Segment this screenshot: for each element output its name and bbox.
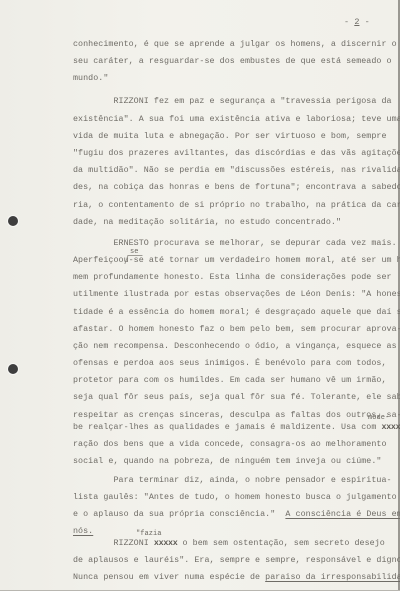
punch-hole-icon: [8, 216, 18, 226]
text-line: seja qual fôr seus país, seja qual fôr s…: [73, 392, 400, 402]
text-segment: o bem sem ostentação, sem secreto desejo: [177, 538, 384, 548]
struck-out-text: xxxxx: [154, 538, 178, 548]
text-line: afastar. O homem honesto faz o bem pelo …: [73, 324, 400, 334]
text-line: mem profundamente honesto. Esta linha de…: [73, 272, 392, 282]
text-line: social e, quando na pobreza, de ninguém …: [73, 456, 381, 466]
text-line: e o aplauso da sua própria consciência."…: [73, 509, 400, 519]
text-line: ção nem recompensa. Desconhecendo o ódio…: [73, 341, 397, 351]
punch-hole-icon: [8, 364, 18, 374]
text-line: seu caráter, a resguardar-se dos embuste…: [73, 56, 392, 66]
underlined-text: nós.: [73, 526, 93, 536]
text-line: lista gaulês: "Antes de tudo, o homem ho…: [73, 492, 397, 502]
text-line: da multidão". Não se perdia em "discussõ…: [73, 165, 400, 175]
text-line: des, na cobiça das honras e bens de fort…: [73, 182, 400, 192]
text-line: be realçar-lhes as qualidades e jamais é…: [73, 422, 400, 432]
text-line: nós.: [73, 526, 93, 536]
handwritten-insertion: mode-: [368, 414, 389, 422]
text-line: Para terminar diz, ainda, o nobre pensad…: [73, 475, 392, 485]
text-line: ria, o contentamento de si próprio no tr…: [73, 200, 400, 210]
text-line: existência". A sua foi uma existência at…: [73, 114, 400, 124]
underlined-text: paraiso da irresponsabilida-: [265, 572, 400, 582]
text-segment: RIZZONI: [73, 538, 154, 548]
text-line: mundo.": [73, 73, 108, 83]
text-line: RIZZONI fez em paz e segurança a "traves…: [73, 96, 392, 106]
text-line: respeitar as crenças sinceras, desculpa …: [73, 410, 400, 420]
page-number: - 2 -: [344, 17, 370, 27]
text-line: vida de muita luta e abnegação. Por ser …: [73, 131, 387, 141]
text-line: dade, na meditação solitária, no estudo …: [73, 217, 341, 227]
text-line: Nunca pensou em viver numa espécie de pa…: [73, 572, 400, 582]
text-line: Aperfeiçoou-se até tornar um verdadeiro …: [73, 255, 400, 265]
handwritten-insertion: "fazia: [136, 530, 162, 538]
text-line: conhecimento, é que se aprende a julgar …: [73, 39, 397, 49]
text-line: de aplausos e lauréis". Era, sempre e se…: [73, 555, 400, 565]
text-line: ERNESTO procurava se melhorar, se depura…: [73, 238, 397, 248]
text-line: utilmente ilustrada por estas observaçõe…: [73, 289, 400, 299]
text-line: "fugiu dos prazeres aviltantes, das disc…: [73, 148, 400, 158]
struck-out-text: xxxxxx: [381, 422, 400, 432]
text-line: tidade é a essência do homem moral; é de…: [73, 307, 400, 317]
text-line: protetor para com os humildes. Em cada s…: [73, 375, 387, 385]
text-segment: de aplausos e lauréis". Era, sempre e se…: [73, 555, 400, 565]
document-page: - 2 - conhecimento, é que se aprende a j…: [0, 0, 400, 591]
text-line: ofensas e perdoa aos seus inimigos. É be…: [73, 358, 387, 368]
text-line: RIZZONI xxxxx o bem sem ostentação, sem …: [73, 538, 385, 548]
underlined-text: A consciência é Deus em: [285, 509, 400, 519]
text-segment: Nunca pensou em viver numa espécie de: [73, 572, 265, 582]
text-line: ração dos bens que a vida concede, consa…: [73, 439, 387, 449]
